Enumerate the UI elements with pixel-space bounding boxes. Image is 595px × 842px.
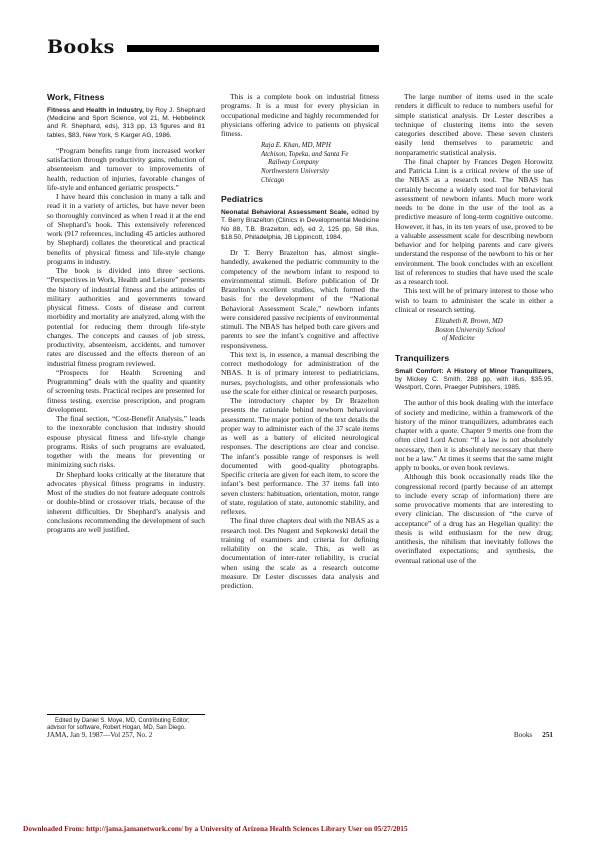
book-citation-pediatrics: Neonatal Behavioral Assessment Scale, ed…	[221, 209, 379, 242]
section-heading-work-fitness: Work, Fitness	[47, 92, 205, 102]
journal-page: Books Work, Fitness Fitness and Health i…	[0, 0, 595, 842]
paragraph: This text will be of primary interest to…	[395, 286, 553, 314]
page-title: Books	[47, 36, 115, 58]
citation-title: Small Comfort: A History of Minor Tranqu…	[395, 368, 553, 375]
reviewer-signature: Elizabeth R. Brown, MD Boston University…	[395, 318, 553, 344]
reviewer-affiliation: of Medicine	[435, 335, 553, 344]
paragraph: I have heard this conclusion in many a t…	[47, 192, 205, 266]
book-citation-tranquilizers: Small Comfort: A History of Minor Tranqu…	[395, 368, 553, 393]
footer-section-label: Books	[514, 731, 532, 739]
paragraph: Dr T. Berry Brazelton has, almost single…	[221, 248, 379, 350]
header-rule	[127, 45, 379, 52]
paragraph: This is a complete book on industrial fi…	[221, 92, 379, 138]
reviewer-affiliation: Atchison, Topeka, and Santa Fe	[261, 151, 379, 160]
paragraph: The final three chapters deal with the N…	[221, 516, 379, 590]
paragraph: The large number of items used in the sc…	[395, 92, 553, 157]
reviewer-city: Chicago	[261, 177, 379, 186]
reviewer-affiliation: Northwestern University	[261, 168, 379, 177]
paragraph: The final chapter by Frances Degen Horow…	[395, 157, 553, 287]
download-watermark: Downloaded From: http://jama.jamanetwork…	[23, 824, 583, 833]
paragraph: “Prospects for Health Screening and Prog…	[47, 368, 205, 414]
column-3: The large number of items used in the sc…	[395, 92, 553, 733]
footnote-rule	[47, 714, 205, 715]
paragraph: The final section, “Cost-Benefit Analysi…	[47, 414, 205, 470]
section-heading-pediatrics: Pediatrics	[221, 194, 379, 204]
paragraph: The author of this book dealing with the…	[395, 398, 553, 472]
editor-footnote: Edited by Daniel S. Moye, MD, Contributi…	[47, 710, 205, 733]
paragraph: Dr Shephard looks critically at the lite…	[47, 470, 205, 535]
section-heading-tranquilizers: Tranquilizers	[395, 353, 553, 363]
page-header: Books	[47, 34, 553, 60]
citation-details: by Mickey C. Smith, 288 pp, with illus, …	[395, 376, 553, 391]
citation-title: Fitness and Health in Industry,	[47, 107, 144, 114]
reviewer-name: Elizabeth R. Brown, MD	[435, 318, 553, 327]
book-citation-fitness: Fitness and Health in Industry, by Roy J…	[47, 107, 205, 140]
column-2: This is a complete book on industrial fi…	[221, 92, 379, 733]
reviewer-name: Raja E. Khan, MD, MPH	[261, 142, 379, 151]
page-number-footer: Books251	[514, 731, 553, 739]
paragraph: The book is divided into three sections.…	[47, 266, 205, 368]
citation-title: Neonatal Behavioral Assessment Scale,	[221, 209, 349, 216]
page-number: 251	[542, 731, 553, 739]
paragraph: “Program benefits range from increased w…	[47, 146, 205, 192]
reviewer-signature: Raja E. Khan, MD, MPH Atchison, Topeka, …	[221, 142, 379, 185]
paragraph: This text is, in essence, a manual descr…	[221, 350, 379, 396]
paragraph: Although this book occasionally reads li…	[395, 472, 553, 565]
paragraph: The introductory chapter by Dr Brazelton…	[221, 396, 379, 516]
text-columns: Work, Fitness Fitness and Health in Indu…	[47, 92, 553, 733]
page-footer: JAMA, Jan 9, 1987—Vol 257, No. 2 Books25…	[47, 731, 553, 739]
reviewer-affiliation: Boston University School	[435, 327, 553, 336]
reviewer-affiliation: Railway Company	[261, 159, 379, 168]
journal-issue-footer: JAMA, Jan 9, 1987—Vol 257, No. 2	[47, 731, 152, 739]
column-1: Work, Fitness Fitness and Health in Indu…	[47, 92, 205, 733]
